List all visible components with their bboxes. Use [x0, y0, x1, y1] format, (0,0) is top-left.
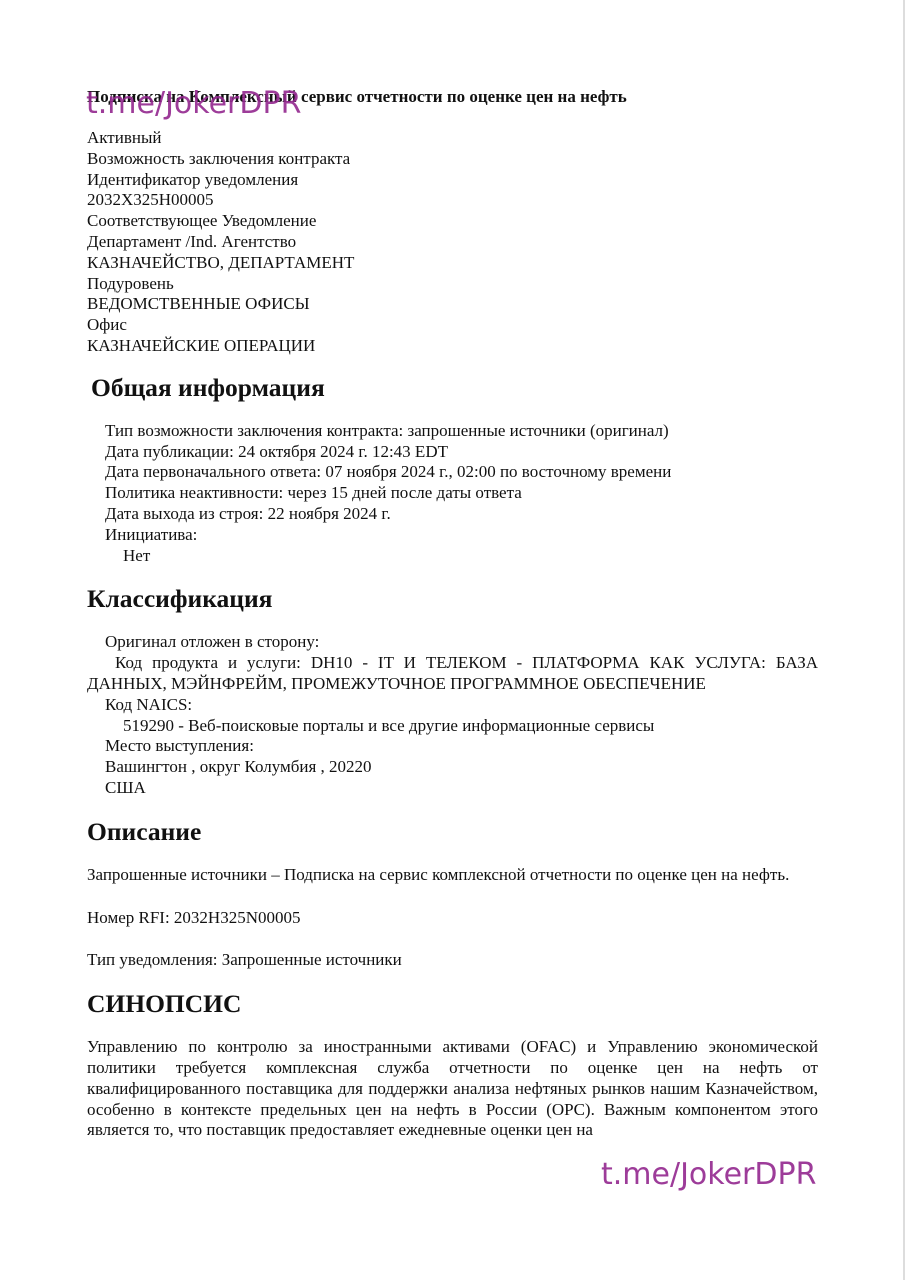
status-text: Активный: [87, 128, 818, 149]
inactivity-policy: Политика неактивности: через 15 дней пос…: [87, 483, 818, 504]
office-label: Офис: [87, 315, 818, 336]
notice-id-label: Идентификатор уведомления: [87, 170, 818, 191]
rfi-number: Номер RFI: 2032H325N00005: [87, 908, 818, 929]
notice-type: Тип уведомления: Запрошенные источники: [87, 950, 818, 971]
notice-meta: Активный Возможность заключения контракт…: [87, 128, 818, 357]
department-label: Департамент /Ind. Агентство: [87, 232, 818, 253]
description-text: Запрошенные источники – Подписка на серв…: [87, 865, 818, 886]
sub-tier-value: ВЕДОМСТВЕННЫЕ ОФИСЫ: [87, 294, 818, 315]
general-info-heading: Общая информация: [87, 377, 818, 399]
office-value: КАЗНАЧЕЙСКИЕ ОПЕРАЦИИ: [87, 336, 818, 357]
opportunity-type: Возможность заключения контракта: [87, 149, 818, 170]
place-label: Место выступления:: [87, 736, 818, 757]
synopsis-text: Управлению по контролю за иностранными а…: [87, 1037, 818, 1141]
synopsis-heading: СИНОПСИС: [87, 993, 818, 1015]
classification-heading: Классификация: [87, 588, 818, 610]
related-notice-label: Соответствующее Уведомление: [87, 211, 818, 232]
psc-code-line2: ДАННЫХ, МЭЙНФРЕЙМ, ПРОМЕЖУТОЧНОЕ ПРОГРАМ…: [87, 674, 818, 695]
set-aside: Оригинал отложен в сторону:: [87, 632, 818, 653]
description-heading: Описание: [87, 821, 818, 843]
classification-section: Оригинал отложен в сторону: Код продукта…: [87, 632, 818, 798]
document-content: Подписка на Комплексный сервис отчетност…: [87, 86, 818, 1141]
watermark-top: t.me/JokerDPR: [86, 89, 301, 119]
naics-label: Код NAICS:: [87, 695, 818, 716]
archive-date: Дата выхода из строя: 22 ноября 2024 г.: [87, 504, 818, 525]
initiative-value: Нет: [87, 546, 818, 567]
general-info-section: Тип возможности заключения контракта: за…: [87, 421, 818, 567]
publish-date: Дата публикации: 24 октября 2024 г. 12:4…: [87, 442, 818, 463]
naics-value: 519290 - Веб-поисковые порталы и все дру…: [87, 716, 818, 737]
initiative-label: Инициатива:: [87, 525, 818, 546]
contract-type: Тип возможности заключения контракта: за…: [87, 421, 818, 442]
department-value: КАЗНАЧЕЙСТВО, ДЕПАРТАМЕНТ: [87, 253, 818, 274]
place-country: США: [87, 778, 818, 799]
watermark-bottom: t.me/JokerDPR: [601, 1160, 816, 1190]
place-city: Вашингтон , округ Колумбия , 20220: [87, 757, 818, 778]
psc-code-line1: Код продукта и услуги: DH10 - IT И ТЕЛЕК…: [87, 653, 818, 674]
notice-id-value: 2032X325H00005: [87, 190, 818, 211]
sub-tier-label: Подуровень: [87, 274, 818, 295]
initial-response-date: Дата первоначального ответа: 07 ноября 2…: [87, 462, 818, 483]
document-page: Подписка на Комплексный сервис отчетност…: [0, 0, 905, 1280]
